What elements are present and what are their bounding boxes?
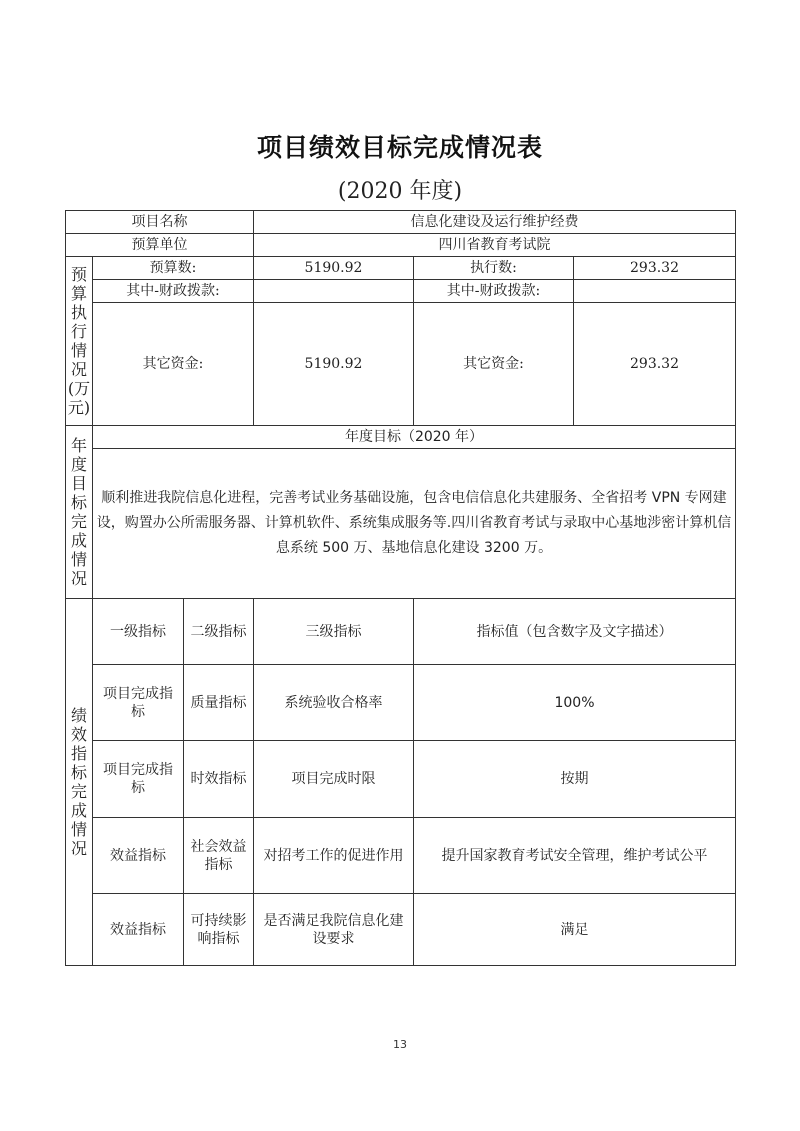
budget-amount-value: 5190.92 <box>253 256 414 280</box>
side-char: 标 <box>71 763 87 782</box>
side-char: 标 <box>71 493 87 512</box>
row3-value: 提升国家教育考试安全管理，维护考试公平 <box>413 817 736 894</box>
row1-level3: 系统验收合格率 <box>253 664 414 741</box>
side-char: 预 <box>71 265 87 284</box>
row4-level3: 是否满足我院信息化建设要求 <box>253 893 414 966</box>
side-char: 年 <box>71 436 87 455</box>
side-char: 度 <box>71 455 87 474</box>
other-funds-value-right: 293.32 <box>573 302 736 426</box>
side-char: 执 <box>71 303 87 322</box>
row2-level1: 项目完成指标 <box>92 740 184 818</box>
annual-goal-side-label: 年 度 目 标 完 成 情 况 <box>65 425 93 599</box>
side-char: 况 <box>71 839 87 858</box>
budget-execution-side-label: 预 算 执 行 情 况 (万 元) <box>65 256 93 426</box>
header-level2: 二级指标 <box>183 598 254 665</box>
execution-amount-label: 执行数: <box>413 256 574 280</box>
header-level1: 一级指标 <box>92 598 184 665</box>
annual-goal-header: 年度目标（2020 年） <box>92 425 736 449</box>
side-char: 情 <box>71 550 87 569</box>
side-char: 成 <box>71 531 87 550</box>
project-name-label: 项目名称 <box>65 210 254 234</box>
side-char: 行 <box>71 322 87 341</box>
budget-unit-label: 预算单位 <box>65 233 254 257</box>
fiscal-allocation-value-right <box>573 279 736 303</box>
side-char: 效 <box>71 725 87 744</box>
page-number: 13 <box>0 1038 800 1051</box>
budget-unit-value: 四川省教育考试院 <box>253 233 736 257</box>
row3-level2: 社会效益指标 <box>183 817 254 894</box>
other-funds-label-left: 其它资金: <box>92 302 254 426</box>
header-level3: 三级指标 <box>253 598 414 665</box>
other-funds-label-right: 其它资金: <box>413 302 574 426</box>
row1-level1: 项目完成指标 <box>92 664 184 741</box>
fiscal-allocation-value-left <box>253 279 414 303</box>
page-subtitle: (2020 年度) <box>0 174 800 205</box>
side-char: 情 <box>71 341 87 360</box>
other-funds-value-left: 5190.92 <box>253 302 414 426</box>
row3-level1: 效益指标 <box>92 817 184 894</box>
row1-value: 100% <box>413 664 736 741</box>
row4-level2: 可持续影响指标 <box>183 893 254 966</box>
side-char: 绩 <box>71 706 87 725</box>
project-name-value: 信息化建设及运行维护经费 <box>253 210 736 234</box>
budget-amount-label: 预算数: <box>92 256 254 280</box>
row2-value: 按期 <box>413 740 736 818</box>
fiscal-allocation-label-right: 其中-财政拨款: <box>413 279 574 303</box>
side-char: 算 <box>71 284 87 303</box>
side-char: 况 <box>71 360 87 379</box>
performance-side-label: 绩 效 指 标 完 成 情 况 <box>65 598 93 966</box>
row4-level1: 效益指标 <box>92 893 184 966</box>
side-char: 完 <box>71 512 87 531</box>
row3-level3: 对招考工作的促进作用 <box>253 817 414 894</box>
fiscal-allocation-label-left: 其中-财政拨款: <box>92 279 254 303</box>
side-char: 完 <box>71 782 87 801</box>
side-char: 情 <box>71 820 87 839</box>
side-char: 况 <box>71 569 87 588</box>
row4-value: 满足 <box>413 893 736 966</box>
row1-level2: 质量指标 <box>183 664 254 741</box>
execution-amount-value: 293.32 <box>573 256 736 280</box>
row2-level2: 时效指标 <box>183 740 254 818</box>
side-char: (万 <box>68 379 90 398</box>
row2-level3: 项目完成时限 <box>253 740 414 818</box>
side-char: 目 <box>71 474 87 493</box>
page-title: 项目绩效目标完成情况表 <box>0 128 800 164</box>
side-char: 元) <box>68 398 90 417</box>
side-char: 成 <box>71 801 87 820</box>
annual-goal-description: 顺利推进我院信息化进程，完善考试业务基础设施，包含电信信息化共建服务、全省招考 … <box>92 448 736 599</box>
header-value: 指标值（包含数字及文字描述） <box>413 598 736 665</box>
side-char: 指 <box>71 744 87 763</box>
